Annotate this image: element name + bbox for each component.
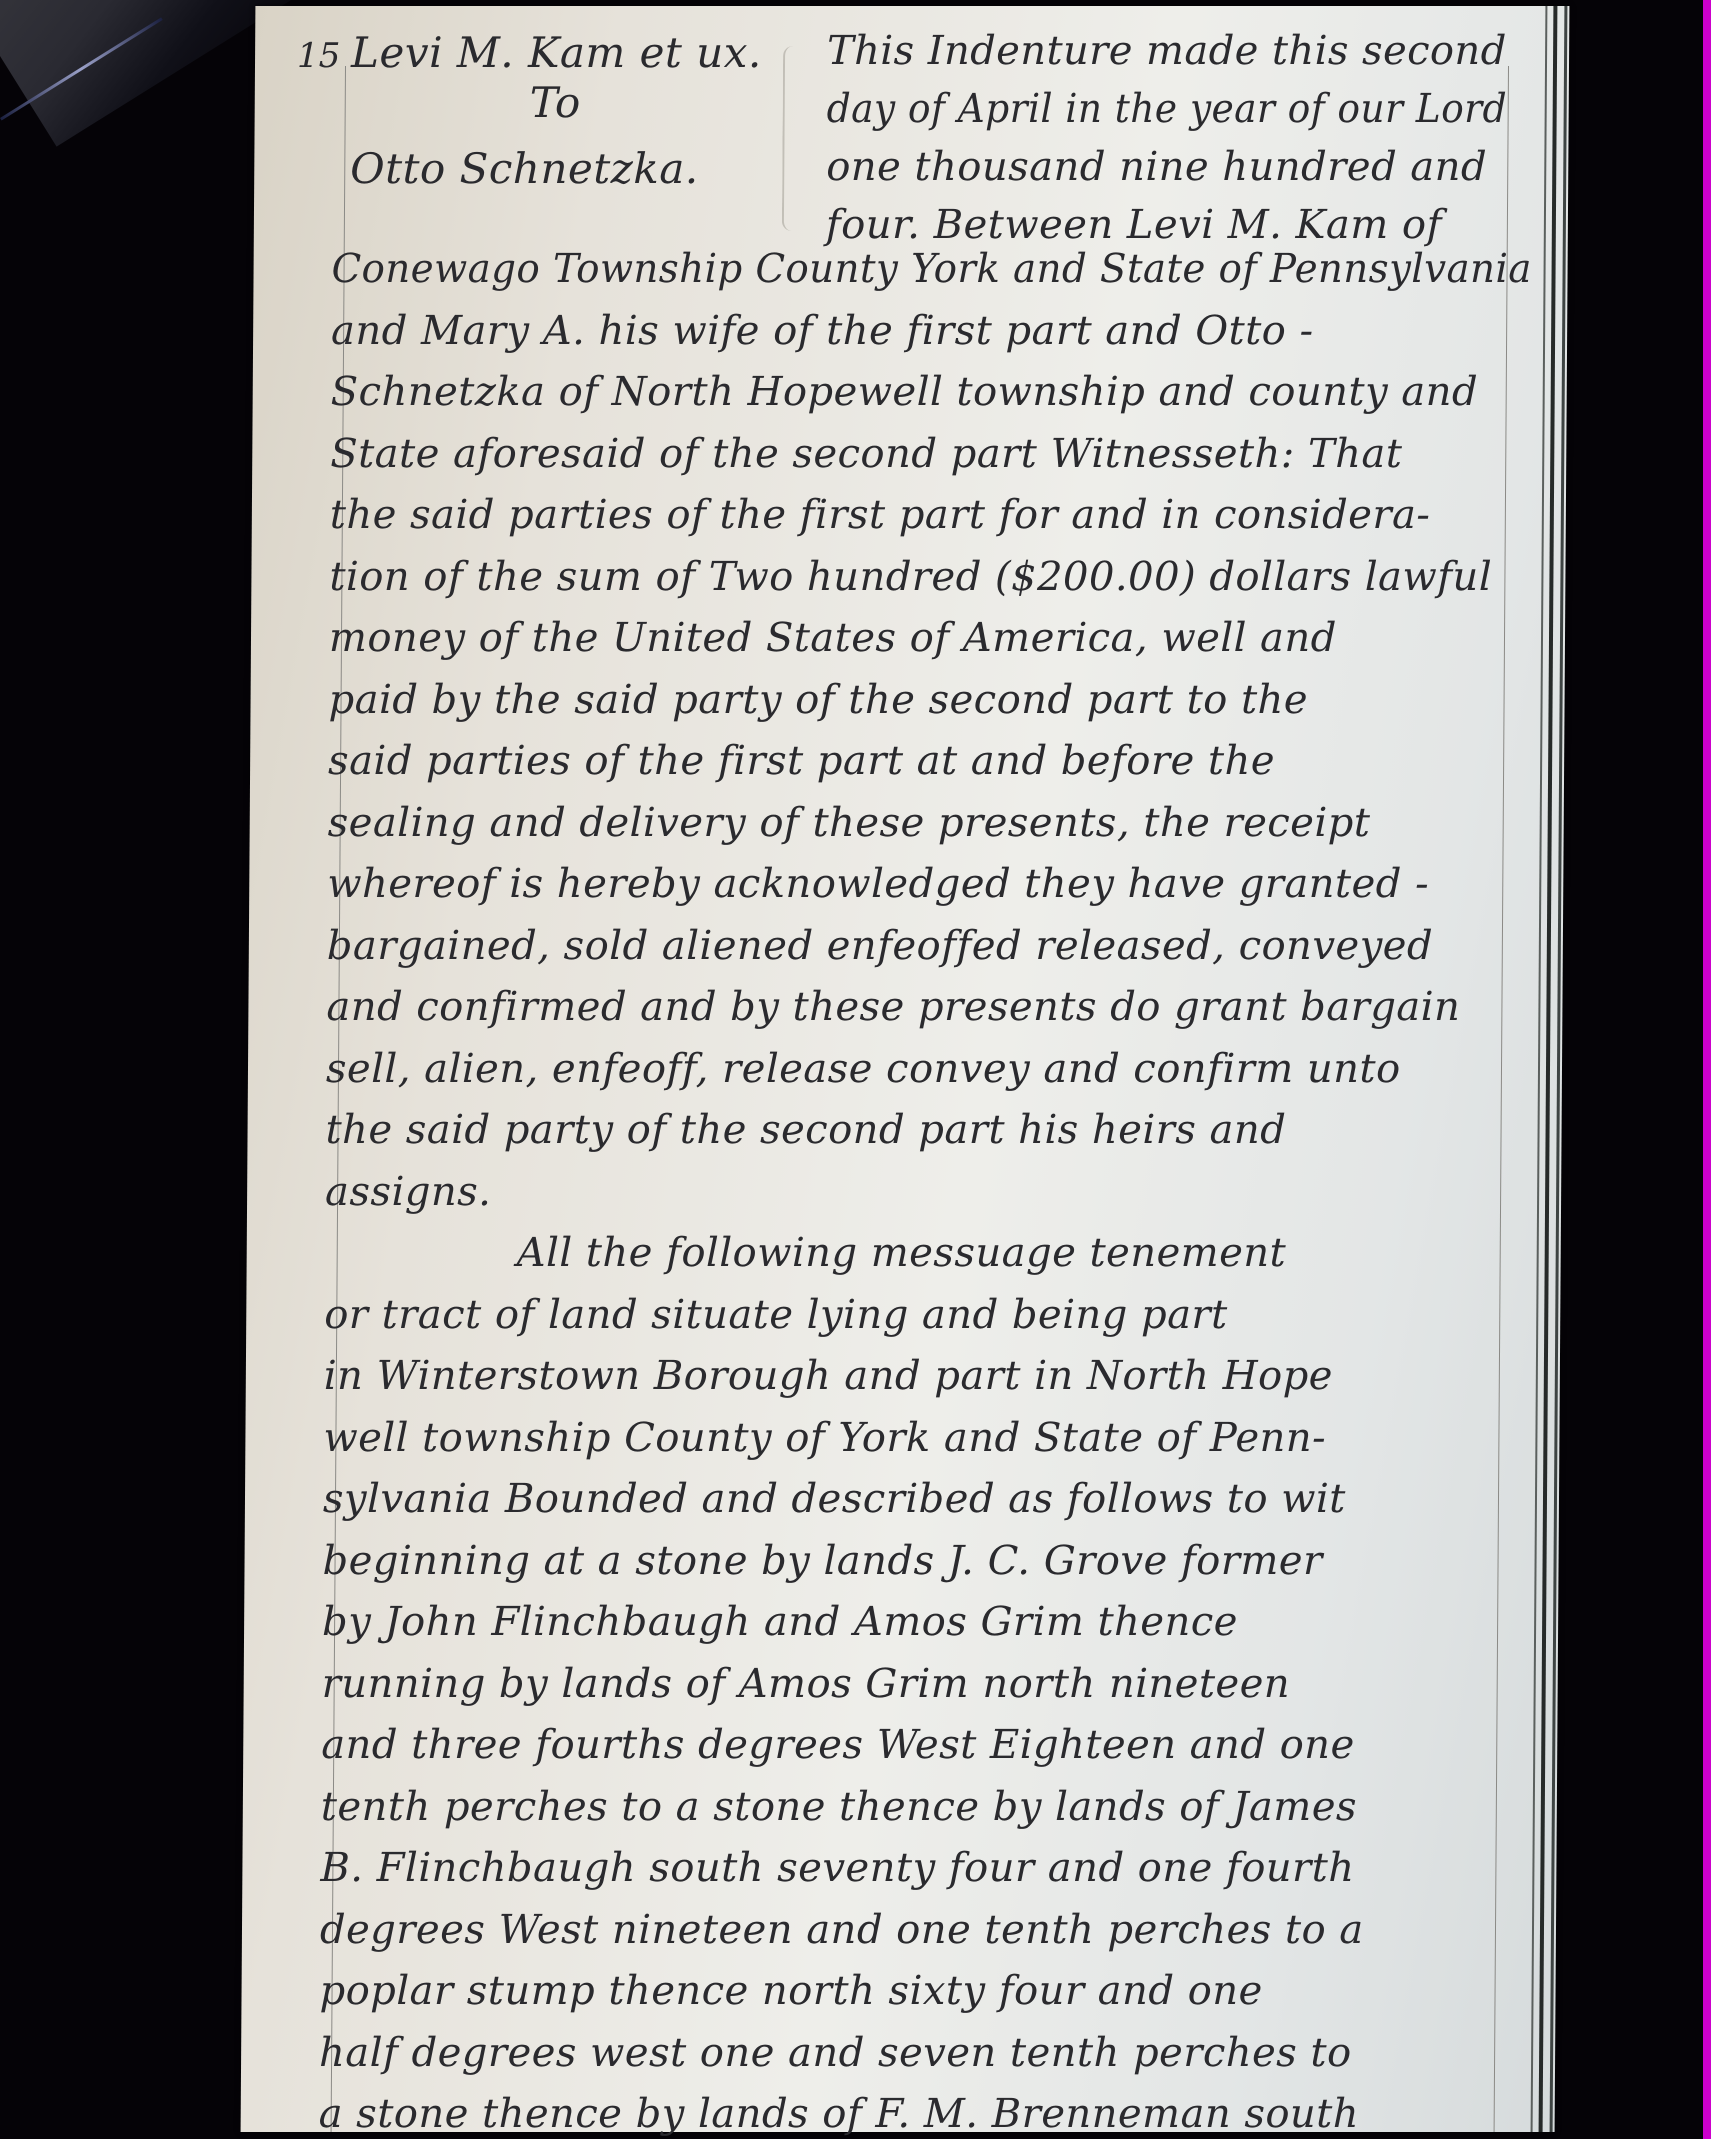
opening-line: day of April in the year of our Lord: [827, 86, 1508, 132]
deed-line: running by lands of Amos Grim north nine…: [322, 1661, 1291, 1707]
deed-line: poplar stump thence north sixty four and…: [319, 1968, 1262, 2014]
deed-line: tenth perches to a stone thence by lands…: [321, 1784, 1357, 1830]
deed-line: State aforesaid of the second part Witne…: [330, 431, 1402, 477]
caption-connector: To: [530, 78, 581, 127]
deed-line: and confirmed and by these presents do g…: [326, 984, 1460, 1030]
deed-line: and Mary A. his wife of the first part a…: [331, 308, 1314, 354]
deed-line: beginning at a stone by lands J. C. Grov…: [322, 1538, 1322, 1584]
deed-line: well township County of York and State o…: [323, 1415, 1326, 1461]
deed-line: the said party of the second part his he…: [325, 1107, 1286, 1153]
deed-line: paid by the said party of the second par…: [328, 677, 1308, 723]
page-number: 15: [297, 36, 341, 76]
caption-grantor: Levi M. Kam et ux.: [351, 28, 762, 77]
ledger-page: 15 Levi M. Kam et ux. To Otto Schnetzka.…: [241, 6, 1570, 2132]
deed-line: by John Flinchbaugh and Amos Grim thence: [322, 1599, 1238, 1645]
deed-line: half degrees west one and seven tenth pe…: [319, 2030, 1352, 2076]
deed-line: Conewago Township County York and State …: [331, 246, 1532, 292]
deed-line: degrees West nineteen and one tenth perc…: [320, 1907, 1364, 1953]
deed-line: a stone thence by lands of F. M. Brennem…: [319, 2091, 1360, 2137]
deed-line: whereof is hereby acknowledged they have…: [327, 861, 1429, 907]
deed-line: All the following messuage tenement: [517, 1230, 1287, 1276]
caption-grantee: Otto Schnetzka.: [350, 144, 699, 193]
deed-line: tion of the sum of Two hundred ($200.00)…: [329, 554, 1492, 600]
right-margin-rule: [1494, 66, 1509, 2132]
deed-line: sylvania Bounded and described as follow…: [323, 1476, 1346, 1522]
right-edge-bar: [1703, 0, 1711, 2139]
deed-line: Schnetzka of North Hopewell township and…: [331, 369, 1479, 415]
deed-line: the said parties of the first part for a…: [330, 492, 1431, 538]
deed-line: in Winterstown Borough and part in North…: [324, 1353, 1333, 1399]
deed-line: money of the United States of America, w…: [329, 615, 1337, 661]
caption-brace: [782, 46, 805, 231]
deed-line: bargained, sold aliened enfeoffed releas…: [327, 923, 1434, 969]
opening-line: This Indenture made this second: [827, 28, 1507, 74]
deed-line: sealing and delivery of these presents, …: [328, 800, 1371, 846]
opening-line: one thousand nine hundred and: [826, 144, 1487, 190]
deed-line: assigns.: [325, 1169, 492, 1215]
opening-line: four. Between Levi M. Kam of: [826, 202, 1442, 248]
page-edge-line: [1531, 6, 1548, 2132]
deed-line: said parties of the first part at and be…: [328, 738, 1275, 784]
deed-line: or tract of land situate lying and being…: [324, 1292, 1228, 1338]
deed-line: B. Flinchbaugh south seventy four and on…: [320, 1845, 1355, 1891]
deed-line: and three fourths degrees West Eighteen …: [321, 1722, 1355, 1768]
deed-line: sell, alien, enfeoff, release convey and…: [326, 1046, 1401, 1092]
